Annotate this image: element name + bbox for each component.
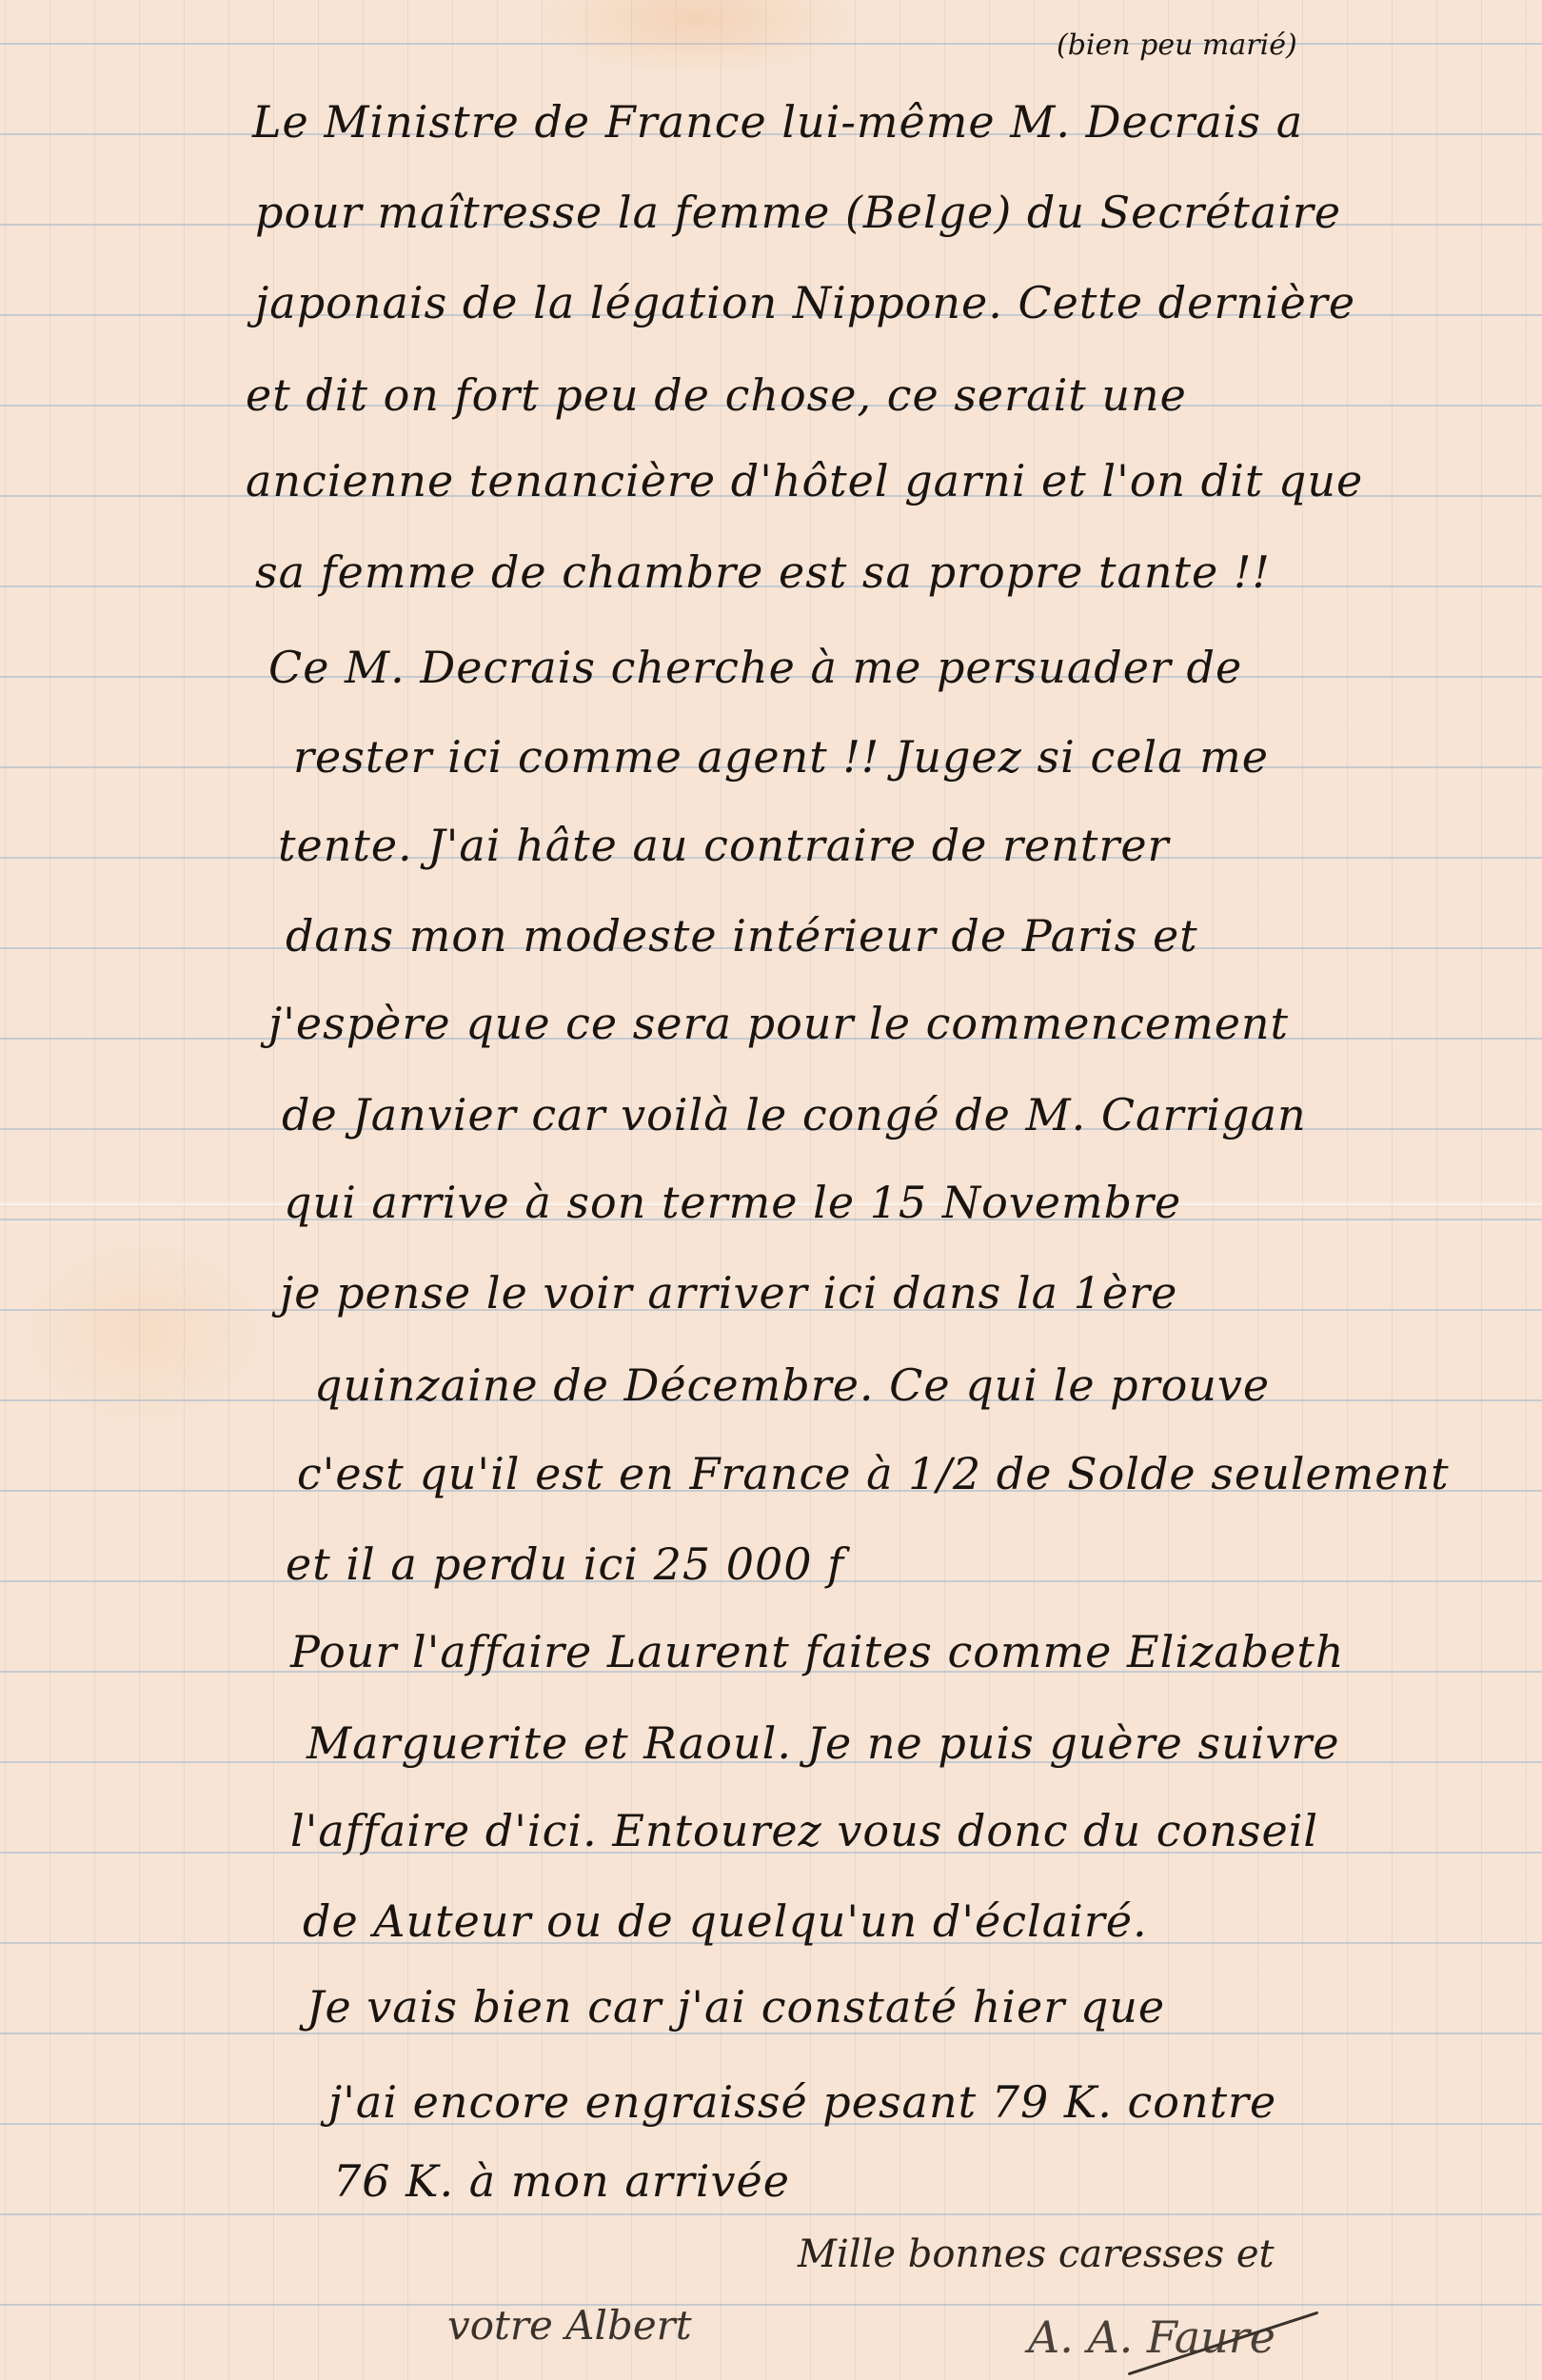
letter-line: l'affaire d'ici. Entourez vous donc du c… xyxy=(290,1809,1318,1853)
letter-line: 76 K. à mon arrivée xyxy=(333,2159,790,2203)
paper-stain xyxy=(533,0,857,76)
letter-line: j'ai encore engraissé pesant 79 K. contr… xyxy=(328,2080,1276,2124)
letter-line: tente. J'ai hâte au contraire de rentrer xyxy=(278,823,1170,867)
letter-line: Je vais bien car j'ai constaté hier que xyxy=(306,1985,1165,2029)
letter-line: et il a perdu ici 25 000 f xyxy=(286,1542,844,1586)
letter-line: de Auteur ou de quelqu'un d'éclairé. xyxy=(303,1899,1148,1943)
letter-line: ancienne tenancière d'hôtel garni et l'o… xyxy=(246,459,1363,503)
letter-closing: Mille bonnes caresses et xyxy=(798,2232,1275,2276)
letter-line: de Janvier car voilà le congé de M. Carr… xyxy=(282,1093,1307,1137)
letter-line: Pour l'affaire Laurent faites comme Eliz… xyxy=(290,1630,1344,1674)
letter-line: c'est qu'il est en France à 1/2 de Solde… xyxy=(297,1452,1450,1496)
letter-sign-off: votre Albert xyxy=(447,2302,692,2349)
paper-stain xyxy=(19,1238,267,1428)
letter-line: japonais de la légation Nippone. Cette d… xyxy=(255,281,1355,325)
letter-line: je pense le voir arriver ici dans la 1èr… xyxy=(280,1271,1177,1315)
letter-line: sa femme de chambre est sa propre tante … xyxy=(255,550,1271,594)
letter-line: Le Ministre de France lui-même M. Decrai… xyxy=(252,100,1303,144)
letter-line: quinzaine de Décembre. Ce qui le prouve xyxy=(314,1363,1270,1407)
letter-line: dans mon modeste intérieur de Paris et xyxy=(286,914,1198,958)
letter-line: rester ici comme agent !! Jugez si cela … xyxy=(293,735,1269,779)
letter-page: (bien peu marié) Le Ministre de France l… xyxy=(0,0,1542,2380)
letter-line: et dit on fort peu de chose, ce serait u… xyxy=(246,373,1187,417)
marginal-note: (bien peu marié) xyxy=(1057,29,1297,62)
letter-line: Marguerite et Raoul. Je ne puis guère su… xyxy=(306,1721,1340,1765)
letter-line: pour maîtresse la femme (Belge) du Secré… xyxy=(255,190,1341,234)
letter-line: Ce M. Decrais cherche à me persuader de xyxy=(268,645,1242,689)
letter-line: qui arrive à son terme le 15 Novembre xyxy=(284,1180,1181,1224)
letter-line: j'espère que ce sera pour le commencemen… xyxy=(268,1002,1289,1045)
